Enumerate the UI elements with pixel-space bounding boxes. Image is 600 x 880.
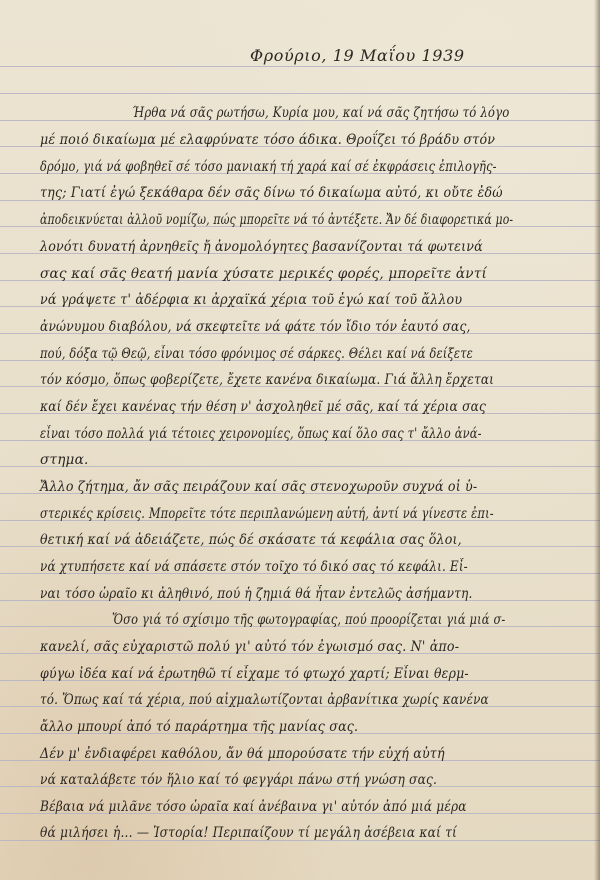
- letter-line: τό. Ὅπως καί τά χέρια, πού αἰχμαλωτίζοντ…: [40, 691, 489, 709]
- letter-line: θά μιλήσει ἡ... — Ἱστορία! Περιπαίζουν τ…: [40, 824, 457, 842]
- paper-edge-shadow: [594, 0, 600, 880]
- letter-line: φύγω ἰδέα καί νά ἐρωτηθῶ τί εἶχαμε τό φτ…: [40, 665, 469, 683]
- letter-line: Ήρθα νά σᾶς ρωτήσω, Κυρία μου, καί νά σᾶ…: [132, 104, 510, 122]
- letter-line: ἄλλο μπουρί ἀπό τό παράρτημα τῆς μανίας …: [40, 718, 358, 736]
- letter-line: τόν κόσμο, ὅπως φοβερίζετε, ἔχετε κανένα…: [40, 371, 494, 389]
- letter-line: λονότι δυνατή ἀρνηθεῖς ἤ ἀνομολόγητες βα…: [40, 238, 483, 256]
- letter-line: της; Γιατί ἐγώ ξεκάθαρα δέν σᾶς δίνω τό …: [40, 184, 503, 202]
- letter-line: Ἄλλο ζήτημα, ἄν σᾶς πειράζουν καί σᾶς στ…: [40, 478, 477, 496]
- ruled-line: [0, 466, 600, 467]
- letter-line: ναι τόσο ὡραῖο κι ἀληθινό, πού ἡ ζημιά θ…: [40, 585, 472, 603]
- letter-line: μέ ποιό δικαίωμα μέ ελαφρύνατε τόσο άδικ…: [40, 131, 495, 149]
- letter-line: πού, δόξα τῷ Θεῷ, εἶναι τόσο φρόνιμος σέ…: [40, 345, 473, 363]
- letter-line: στερικές κρίσεις. Μπορεῖτε τότε περιπλαν…: [40, 505, 494, 523]
- ruled-line: [0, 93, 600, 94]
- letter-line: ἀνώνυμου διαβόλου, νά σκεφτεῖτε νά φάτε …: [40, 318, 471, 336]
- letter-line: νά γράψετε τ' ἀδέρφια κι ἀρχαϊκά χέρια τ…: [40, 291, 462, 309]
- letter-line: Βέβαια νά μιλᾶνε τόσο ὡραῖα καί ἀνέβαινα…: [40, 798, 467, 816]
- letter-line: καί δέν ἔχει κανένας τήν θέση ν' ἀσχοληθ…: [40, 398, 486, 416]
- letter-line: νά χτυπήσετε καί νά σπάσετε στόν τοῖχο τ…: [40, 558, 468, 576]
- letter-line: σας καί σᾶς θεατή μανία χύσατε μερικές φ…: [40, 265, 487, 283]
- letter-line: δρόμο, γιά νά φοβηθεῖ σέ τόσο μανιακή τή…: [40, 158, 497, 176]
- letter-line: κανελί, σᾶς εὐχαριστῶ πολύ γι' αὐτό τόν …: [40, 638, 459, 656]
- letter-line: Δέν μ' ἐνδιαφέρει καθόλου, ἄν θά μπορούσ…: [40, 745, 445, 763]
- letter-line: θετική καί νά ἀδειάζετε, πώς δέ σκάσατε …: [40, 531, 462, 549]
- letter-line: στημα.: [40, 451, 88, 469]
- dateline: Φρούριο, 19 Μαΐου 1939: [250, 46, 465, 65]
- ruled-line: [0, 66, 600, 67]
- letter-page: Φρούριο, 19 Μαΐου 1939 Ήρθα νά σᾶς ρωτήσ…: [0, 0, 600, 880]
- letter-line: Ὅσο γιά τό σχίσιμο τῆς φωτογραφίας, πού …: [112, 611, 505, 629]
- letter-line: ἀποδεικνύεται ἀλλοῦ νομίζω, πώς μπορεῖτε…: [40, 211, 513, 229]
- letter-line: νά καταλάβετε τόν ἥλιο καί τό φεγγάρι πά…: [40, 771, 437, 789]
- letter-line: εἶναι τόσο πολλά γιά τέτοιες χειρονομίες…: [40, 425, 482, 443]
